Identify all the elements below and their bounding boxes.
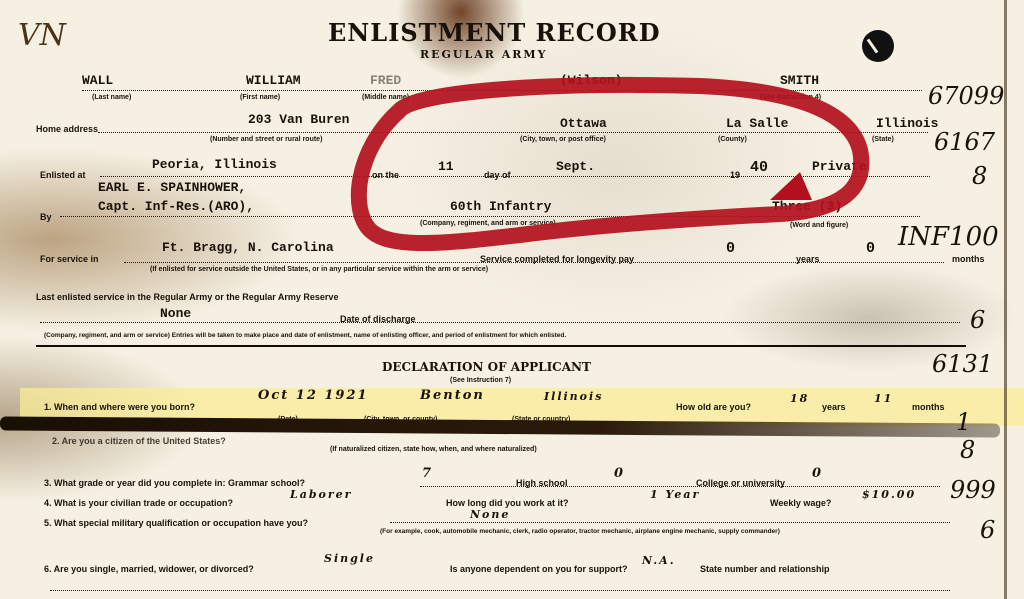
red-circle-annotation — [0, 0, 1024, 599]
